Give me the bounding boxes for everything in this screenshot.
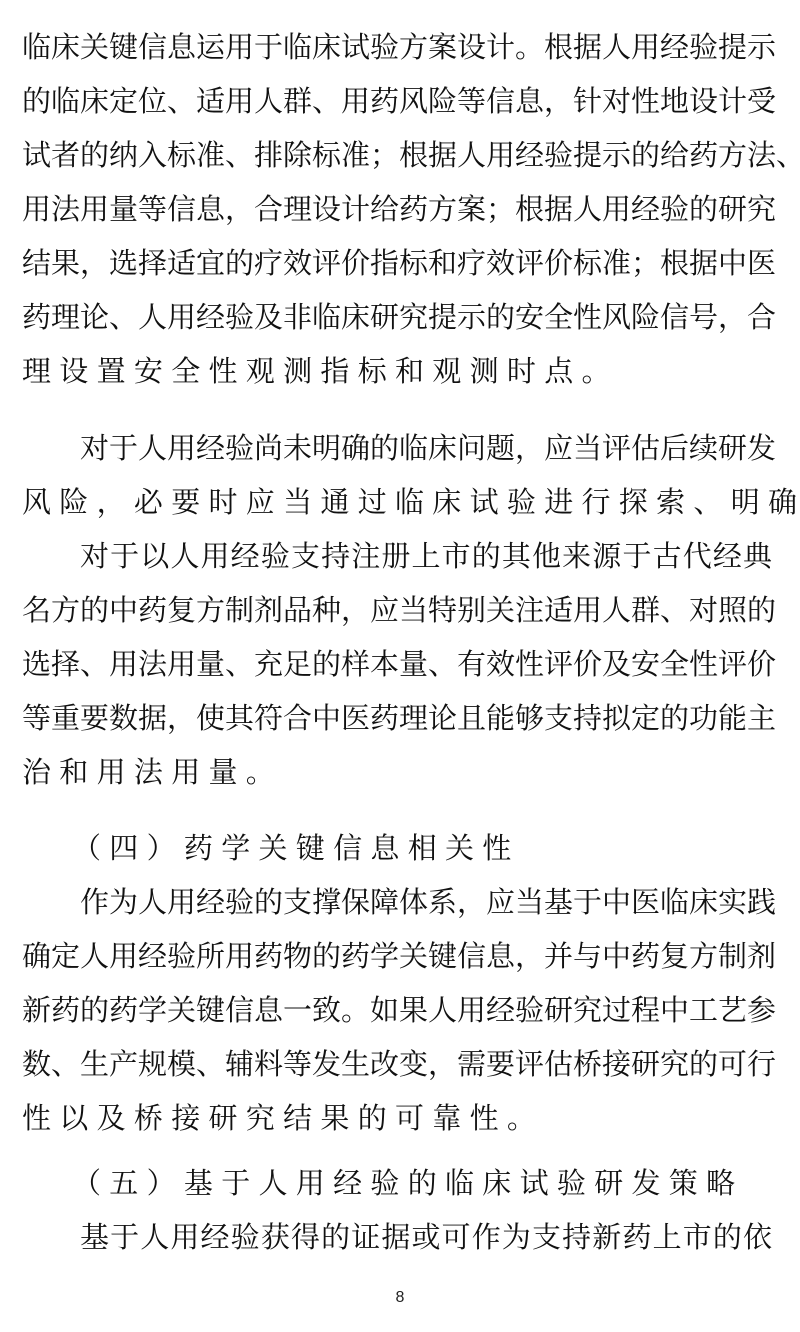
paragraph-line: 结果，选择适宜的疗效评价指标和疗效评价标准；根据中医 <box>22 246 772 280</box>
section-heading-4: （四）药学关键信息相关性 <box>72 831 764 865</box>
paragraph-line: 数、生产规模、辅料等发生改变，需要评估桥接研究的可行 <box>22 1047 772 1081</box>
paragraph-line: 试者的纳入标准、排除标准；根据人用经验提示的给药方法、 <box>22 138 772 172</box>
paragraph-line: 临床关键信息运用于临床试验方案设计。根据人用经验提示 <box>22 30 772 64</box>
paragraph-line: 理设置安全性观测指标和观测时点。 <box>22 354 772 388</box>
paragraph-first-line: 基于人用经验获得的证据或可作为支持新药上市的依 <box>80 1220 772 1254</box>
paragraph-line: 药理论、人用经验及非临床研究提示的安全性风险信号，合 <box>22 300 772 334</box>
paragraph-first-line: 对于以人用经验支持注册上市的其他来源于古代经典 <box>80 539 772 573</box>
paragraph-line: 等重要数据，使其符合中医药理论且能够支持拟定的功能主 <box>22 701 772 735</box>
paragraph-line: 确定人用经验所用药物的药学关键信息，并与中药复方制剂 <box>22 939 772 973</box>
paragraph-line: 的临床定位、适用人群、用药风险等信息，针对性地设计受 <box>22 84 772 118</box>
paragraph-line: 性以及桥接研究结果的可靠性。 <box>22 1101 772 1135</box>
document-page: 临床关键信息运用于临床试验方案设计。根据人用经验提示 的临床定位、适用人群、用药… <box>0 0 800 1332</box>
paragraph-line: 选择、用法用量、充足的样本量、有效性评价及安全性评价 <box>22 647 772 681</box>
page-number: 8 <box>0 1288 800 1308</box>
paragraph-line: 名方的中药复方制剂品种，应当特别关注适用人群、对照的 <box>22 593 772 627</box>
paragraph-first-line: 作为人用经验的支撑保障体系，应当基于中医临床实践 <box>80 885 772 919</box>
paragraph-first-line: 对于人用经验尚未明确的临床问题，应当评估后续研发 <box>80 431 772 465</box>
section-heading-5: （五）基于人用经验的临床试验研发策略 <box>72 1166 764 1200</box>
paragraph-line: 风险，必要时应当通过临床试验进行探索、明确。 <box>22 485 772 519</box>
paragraph-line: 新药的药学关键信息一致。如果人用经验研究过程中工艺参 <box>22 993 772 1027</box>
paragraph-line: 治和用法用量。 <box>22 755 772 789</box>
paragraph-line: 用法用量等信息，合理设计给药方案；根据人用经验的研究 <box>22 192 772 226</box>
